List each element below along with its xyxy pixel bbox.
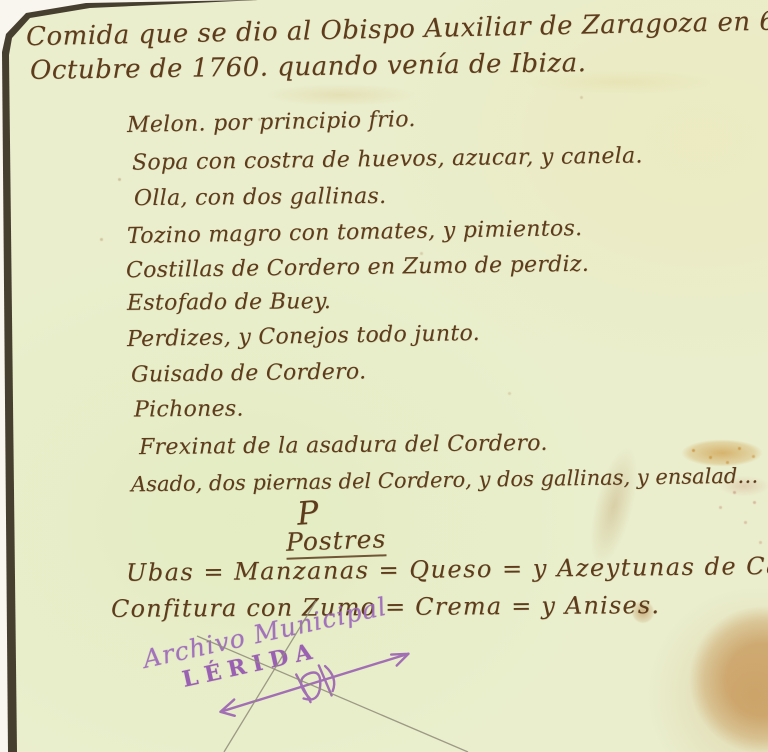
menu-item-line: Guisado de Cordero.	[131, 359, 367, 387]
postres-heading: Postres	[285, 524, 386, 559]
menu-item-line: Olla, con dos gallinas.	[134, 184, 387, 211]
menu-item-line: Estofado de Buey.	[127, 289, 331, 316]
menu-item-line: Frexinat de la asadura del Cordero.	[139, 431, 548, 460]
stain-speckles	[0, 0, 3, 3]
menu-item-line: Pichones.	[134, 397, 244, 423]
scanned-manuscript-page: Comida que se dio al Obispo Auxiliar de …	[0, 0, 768, 752]
